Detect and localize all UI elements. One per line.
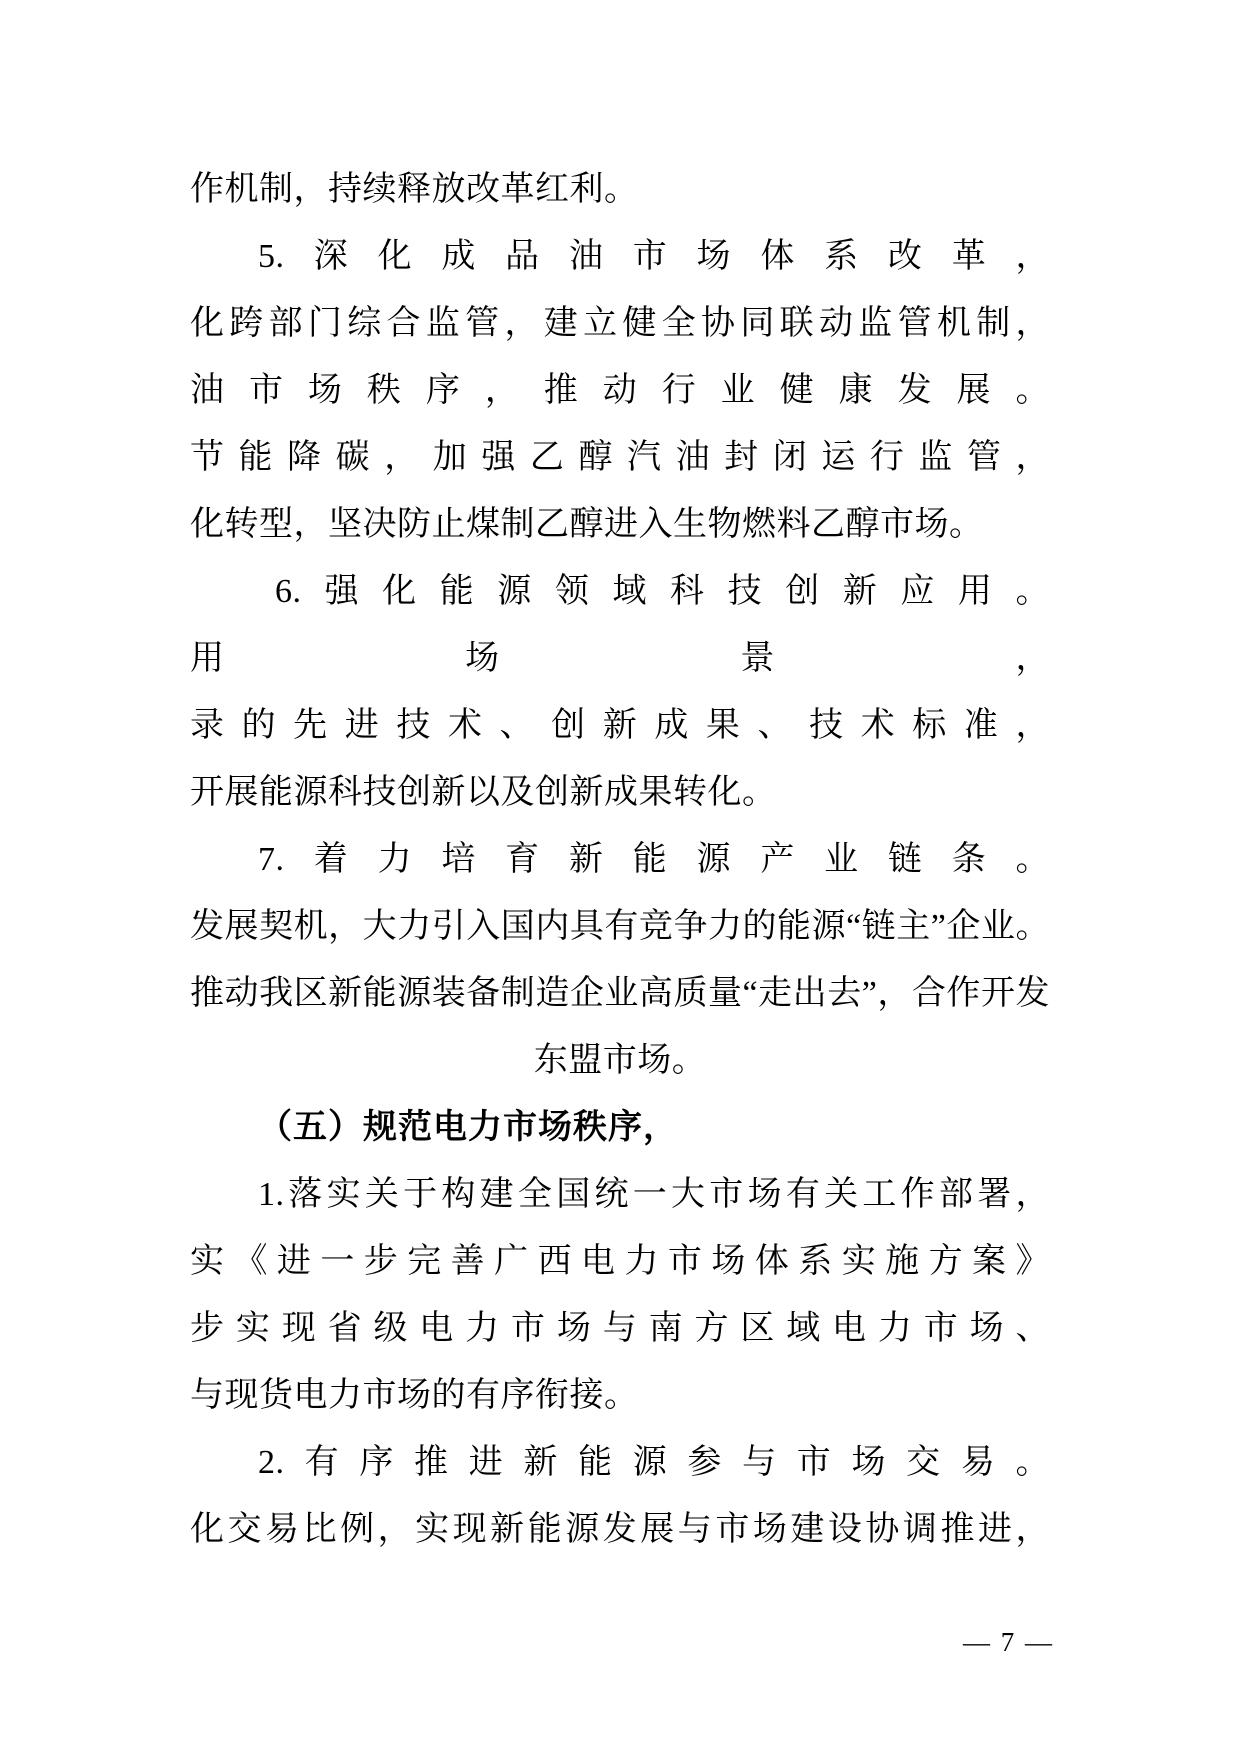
text-line: 节能降碳，加强乙醇汽油封闭运行监管，推动燃料乙醇非粮 bbox=[190, 424, 1050, 491]
text-line: 7.着力培育新能源产业链条。牢牢把握我区新能源快速 bbox=[190, 826, 1050, 893]
text-line: 化跨部门综合监管，建立健全协同联动监管机制，维护成品 bbox=[190, 290, 1050, 357]
text-line: 开展能源科技创新以及创新成果转化。 bbox=[190, 759, 1050, 826]
text-line: 作机制，持续释放改革红利。 bbox=[190, 156, 1050, 223]
text-line: 化转型，坚决防止煤制乙醇进入生物燃料乙醇市场。 bbox=[190, 491, 1050, 558]
text-line: 用场景，大力推广应用已列入国家相关创新成果推广应用目 bbox=[190, 625, 1050, 692]
text-line: 5.深化成品油市场体系改革，持续推进成品油行业常态 bbox=[190, 223, 1050, 290]
text-line: 与现货电力市场的有序衔接。 bbox=[190, 1362, 1050, 1429]
text-line: 步实现省级电力市场与南方区域电力市场、中长期电力市场 bbox=[190, 1295, 1050, 1362]
text-line: 发展契机，大力引入国内具有竞争力的能源“链主”企业。 bbox=[190, 893, 1050, 960]
text-line: 1.落实关于构建全国统一大市场有关工作部署，积极落 bbox=[190, 1161, 1050, 1228]
text-line: 化交易比例，实现新能源发展与市场建设协调推进，更好发 bbox=[190, 1496, 1050, 1563]
page-number: — 7 — bbox=[963, 1622, 1054, 1662]
document-page: 作机制，持续释放改革红利。5.深化成品油市场体系改革，持续推进成品油行业常态化跨… bbox=[0, 0, 1240, 1753]
text-line: 推动我区新能源装备制造企业高质量“走出去”，合作开发 bbox=[190, 960, 1050, 1027]
text-line: 东盟市场。 bbox=[190, 1027, 1050, 1094]
section-heading: （五）规范电力市场秩序，着力加强电力市场建设。 bbox=[190, 1094, 1050, 1161]
text-line: 2.有序推进新能源参与市场交易。逐步扩大新能源市场 bbox=[190, 1429, 1050, 1496]
text-line: 实《进一步完善广西电力市场体系实施方案》重点任务，逐 bbox=[190, 1228, 1050, 1295]
text-line: 6.强化能源领域科技创新应用。努力拓展创新成果应 bbox=[190, 558, 1050, 625]
document-lines: 作机制，持续释放改革红利。5.深化成品油市场体系改革，持续推进成品油行业常态化跨… bbox=[190, 156, 1050, 1563]
text-line: 录的先进技术、创新成果、技术标准，鼓励和支持能源企业 bbox=[190, 692, 1050, 759]
text-line: 油市场秩序，推动行业健康发展。推动炼油行业改造升级、 bbox=[190, 357, 1050, 424]
